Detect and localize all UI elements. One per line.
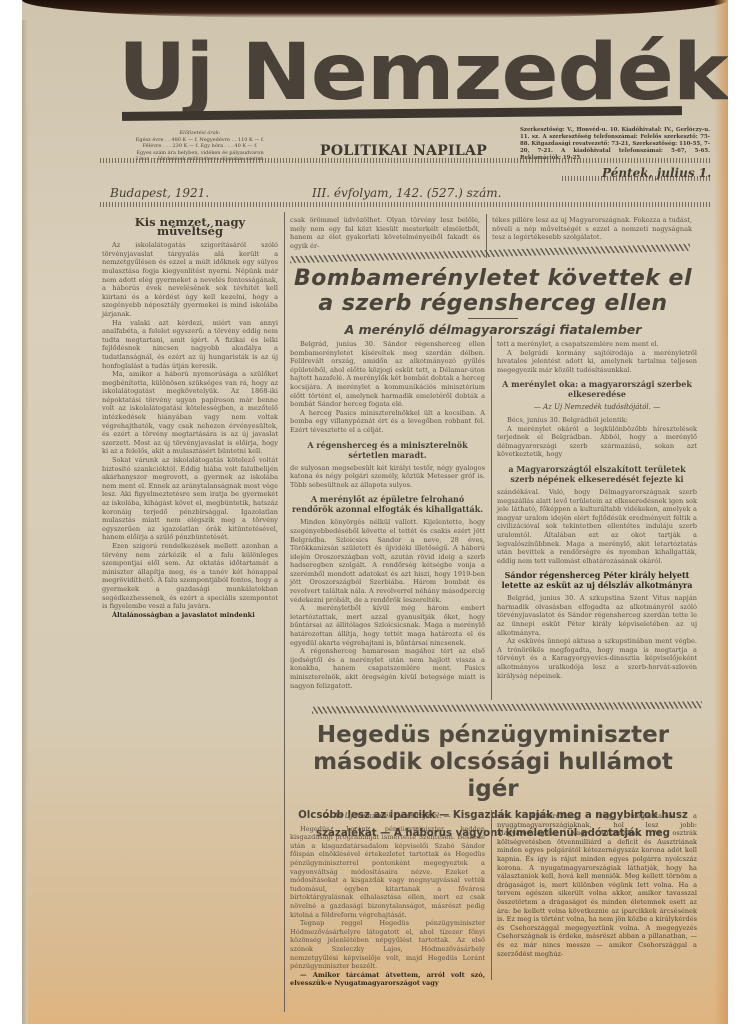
paragraph: Belgrád, junius 30. A szkupstina Szent V… <box>497 594 697 637</box>
headline-line: a szerb régensherceg ellen <box>288 291 698 316</box>
paragraph: Az esküvés ünnepi aktusa a szkupstinában… <box>497 637 697 680</box>
paragraph: Minden könyörgés nélkül vallott. Kijelen… <box>290 518 485 604</box>
bomb-story-header: Bombamerényletet követtek el a szerb rég… <box>288 266 698 337</box>
finance-story-column-2: sem. Elhatároztam, hogy megmutatom a nyu… <box>497 812 697 958</box>
paragraph: Bécs, junius 30. Belgrádból jelentik: <box>497 416 697 425</box>
office-info: Szerkesztőség: V., Honvéd-u. 10. Kiadóhi… <box>520 127 710 162</box>
paragraph: sem. Elhatároztam, hogy megmutatom a nyu… <box>497 812 697 958</box>
continuation-text: csak örömmel üdvözölhet. Olyan törvény l… <box>290 216 480 250</box>
paragraph: A merényletből kívül még három embert le… <box>290 604 485 647</box>
page-right-edge <box>714 0 728 1024</box>
paragraph: A herceg Pasics miniszterelnökkel ült a … <box>290 409 485 435</box>
paragraph: Hegedüs Loránt pénzügyminiszter kedden k… <box>290 825 485 920</box>
article-headline: Kis nemzet, nagy műveltség <box>102 218 278 235</box>
section-heading: A merénylet oka: a magyarországi szerbek… <box>497 379 697 399</box>
headline-kicker: A merénylő délmagyarországi fiatalember <box>288 322 698 337</box>
paragraph: A régensherceg hamarosan magához tért az… <box>290 647 485 690</box>
paper-subtitle: POLITIKAI NAPILAP <box>320 143 487 159</box>
headline-line: második olcsósági hullámot igér <box>288 749 698 803</box>
dateline-day: Péntek, julius 1. <box>602 166 711 180</box>
paragraph: szándékával. Való, hogy Délmagyarországn… <box>497 488 697 565</box>
continuation-text: tékes pillére lesz az uj Magyarországnak… <box>492 216 692 242</box>
headline-line: Bombamerényletet követtek el <box>288 266 698 291</box>
paragraph: A merénylet okáról a legkülönbözőbb híre… <box>497 425 697 459</box>
page-left-edge <box>22 20 28 1024</box>
column-rule <box>491 810 492 980</box>
bomb-story-column-1: Belgrád, junius 30. Sándor régensherceg … <box>290 340 485 690</box>
headline-line: Hegedüs pénzügyminiszter <box>288 722 698 749</box>
column-rule <box>491 336 492 700</box>
section-heading: A merénylőt az épületre felrohanó rendőr… <box>290 494 485 514</box>
paragraph: Ezen szigorú rendelkezések mellett azonb… <box>102 542 278 611</box>
paragraph: tott a merénylet, a csapatszemlére nem m… <box>497 340 697 349</box>
dateline-place: Budapest, 1921. <box>110 186 209 200</box>
paragraph: de sulyosan megsebesült két királyi test… <box>290 464 485 490</box>
hatched-rule <box>100 158 710 163</box>
finance-story-column-1: — Az Uj Nemzedék tudósítójától. — Hegedü… <box>290 812 485 988</box>
left-column-article: Kis nemzet, nagy műveltség Az iskolaláto… <box>102 218 278 619</box>
section-heading: a Magyarországtól elszakított területek … <box>497 464 697 484</box>
column-rule <box>284 212 285 1012</box>
page-top-shadow <box>22 0 728 18</box>
paragraph: Általánosságban a javaslatot mindenki <box>102 611 278 620</box>
paragraph: A belgrádi kormány sajtóirodája a merény… <box>497 349 697 375</box>
section-heading: Sándor régensherceg Péter király helyett… <box>497 570 697 590</box>
paragraph: Tegnap reggel Hegedüs pénzügyminiszter H… <box>290 919 485 971</box>
paragraph: Ha valaki azt kérdezi, miért van annyi a… <box>102 319 278 371</box>
paragraph: Sokat várunk az iskolalátogatás kötelező… <box>102 456 278 542</box>
paragraph: Ma, amikor a háború nyomorúsága a szülők… <box>102 370 278 456</box>
paragraph: Az iskolalátogatás szigorításáról szóló … <box>102 241 278 318</box>
paragraph: — Amikor tárcámat átvettem, arról volt s… <box>290 971 485 988</box>
decorative-chain-rule <box>312 701 702 713</box>
hatched-rule <box>100 202 710 207</box>
newspaper-page: Uj Nemzedék Előfizetési árak: Egész évre… <box>22 0 728 1024</box>
masthead-title: Uj Nemzedék <box>118 32 728 114</box>
dateline-issue: III. évfolyam, 142. (527.) szám. <box>312 186 501 200</box>
byline: — Az Uj Nemzedék tudósítójától. — <box>497 403 697 412</box>
byline: — Az Uj Nemzedék tudósítójától. — <box>290 812 485 821</box>
short-rule <box>468 318 518 319</box>
paragraph: Belgrád, junius 30. Sándor régensherceg … <box>290 340 485 409</box>
section-heading: A régensherceg és a miniszterelnök sérte… <box>290 440 485 460</box>
bomb-story-column-2: tott a merénylet, a csapatszemlére nem m… <box>497 340 697 680</box>
